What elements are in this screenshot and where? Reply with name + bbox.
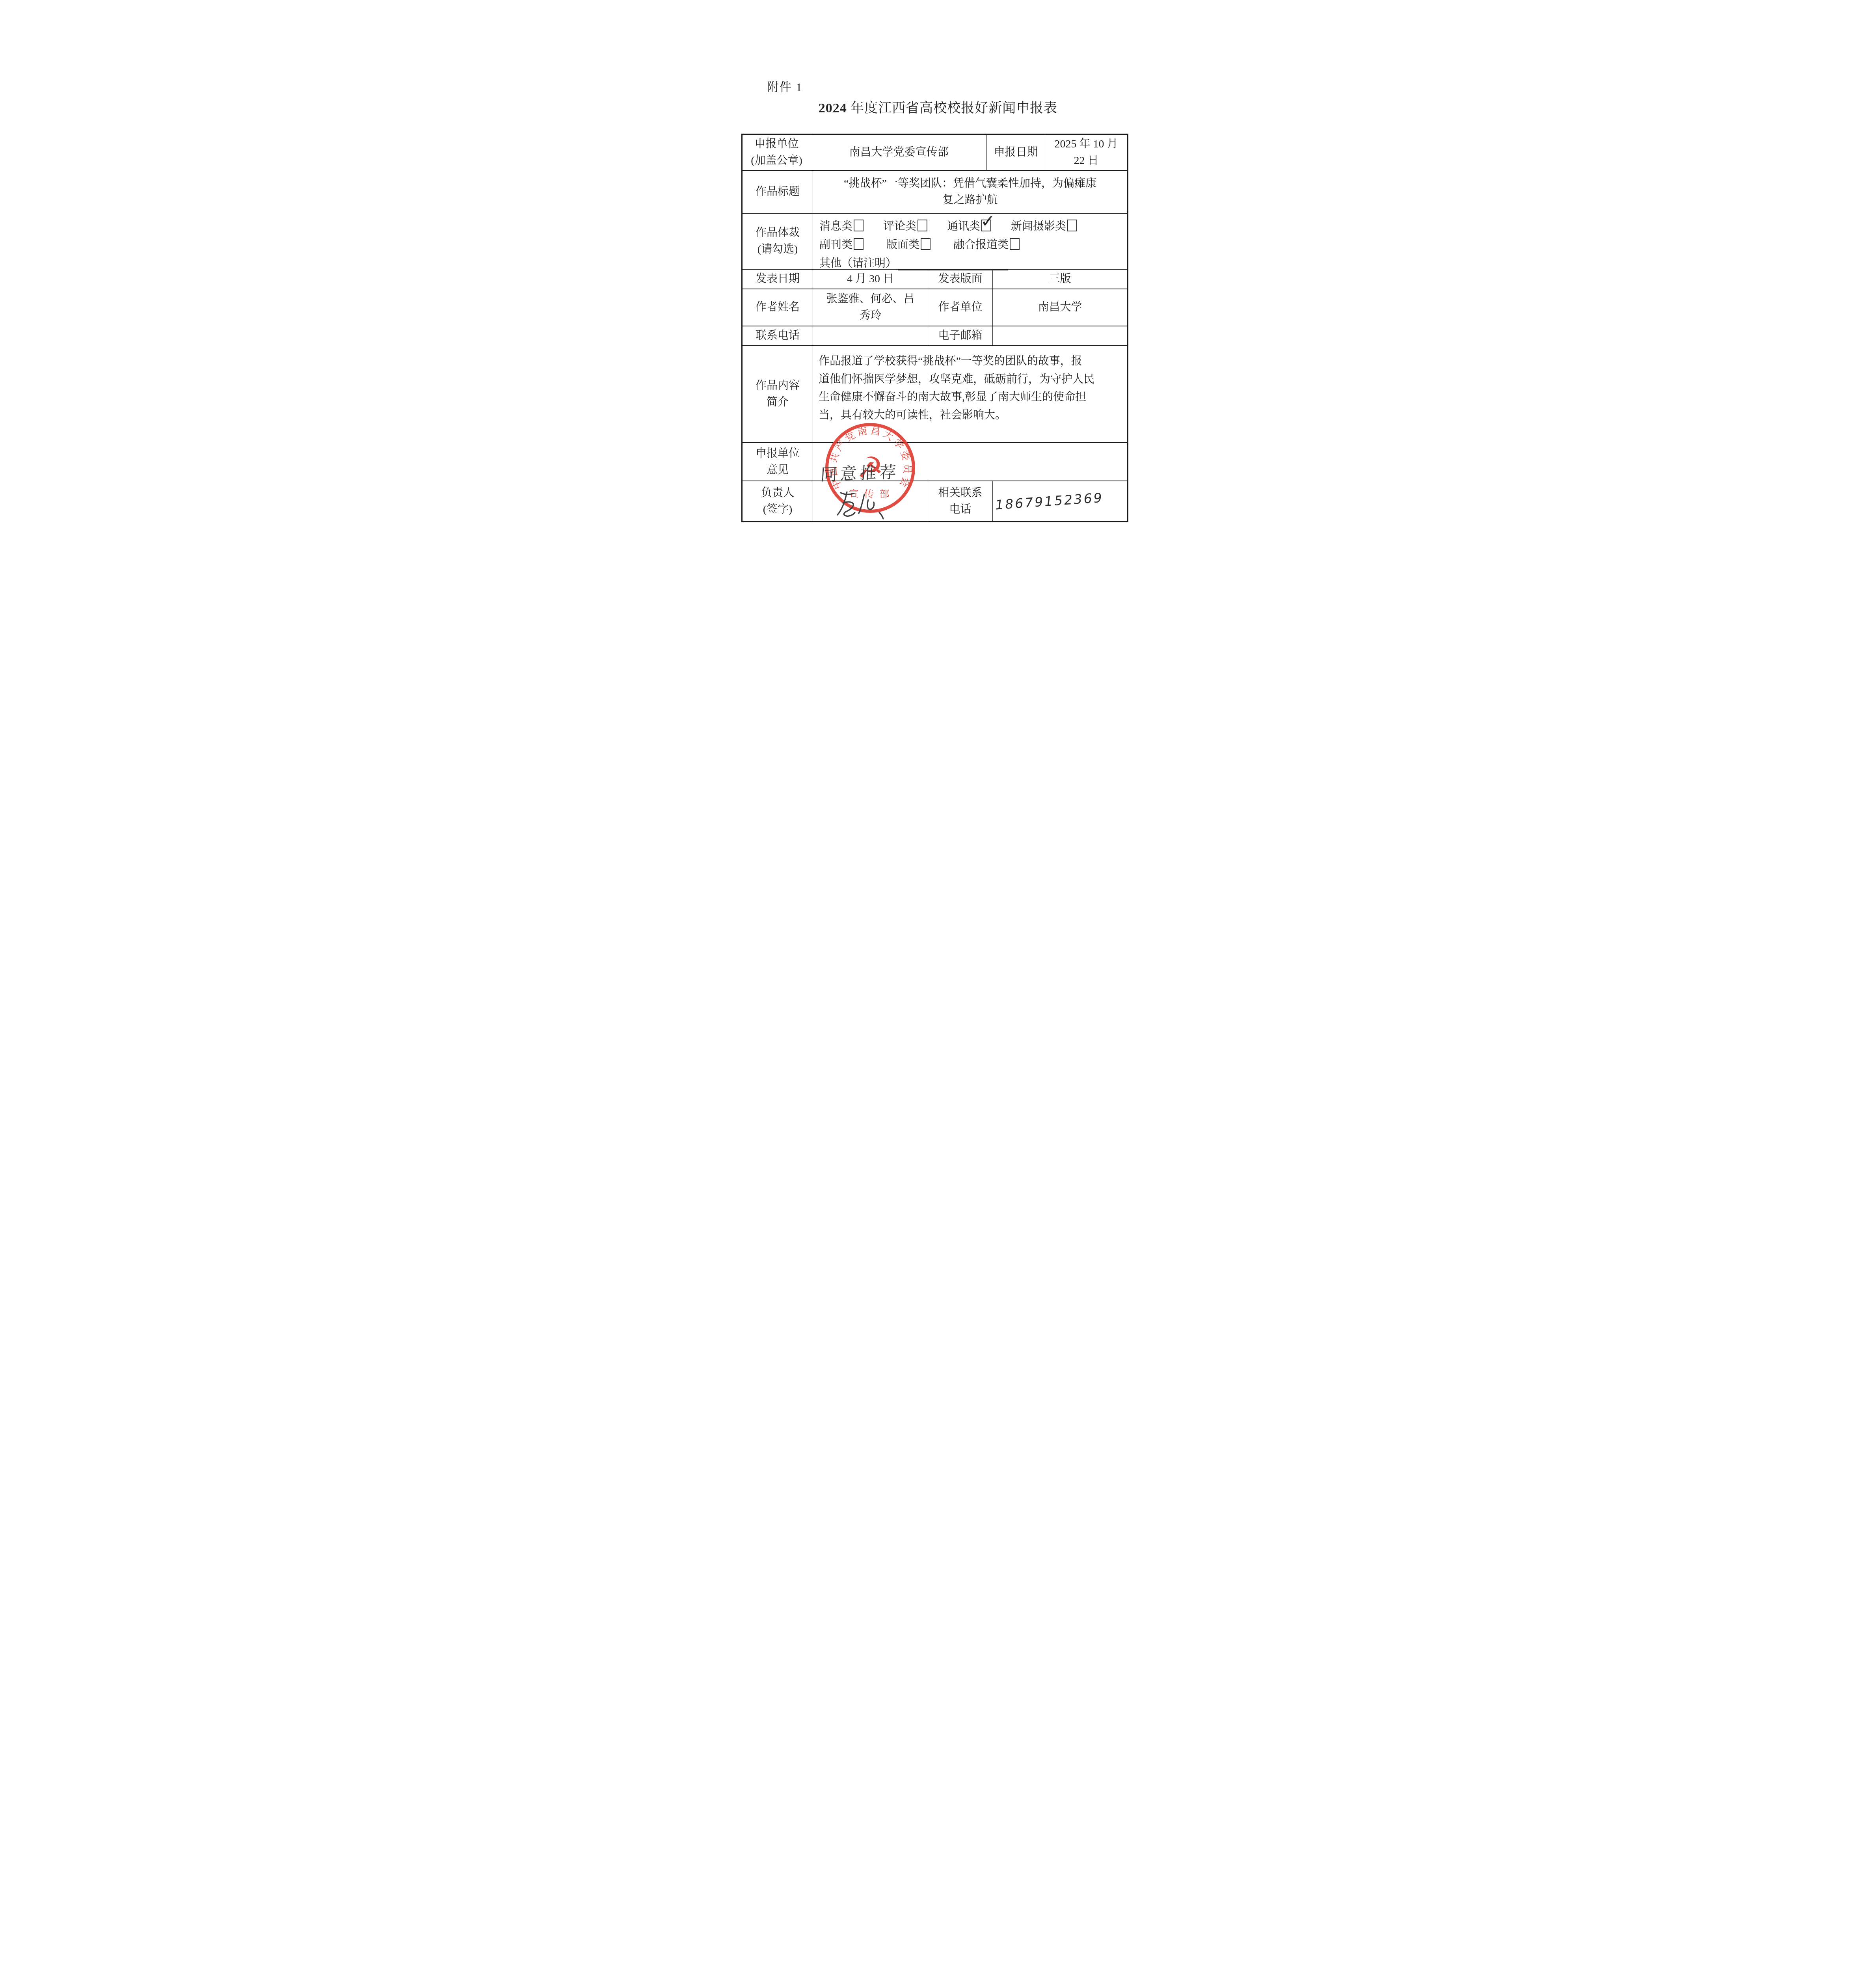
table-row-unit-opinion: 申报单位 意见 xyxy=(743,443,1127,481)
checkbox-converged-report xyxy=(1010,238,1020,250)
synopsis-line: 道他们怀揣医学梦想，攻坚克难，砥砺前行，为守护人民 xyxy=(819,371,1094,389)
signature-scribble xyxy=(834,490,889,523)
table-row-publish: 发表日期 4 月 30 日 发表版面 三版 xyxy=(743,270,1127,289)
declaring-unit-value: 南昌大学党委宣传部 xyxy=(811,135,987,171)
checkbox-supplement xyxy=(854,238,864,250)
responsible-person-label: 负责人 (签字) xyxy=(743,481,813,521)
table-row-contact: 联系电话 电子邮箱 xyxy=(743,326,1127,346)
email-label: 电子邮箱 xyxy=(928,326,993,346)
synopsis-text: 作品报道了学校获得“挑战杯”一等奖的团队的故事，报 道他们怀揣医学梦想，攻坚克难… xyxy=(813,346,1127,443)
contact-phone-value xyxy=(813,326,928,346)
author-names-label: 作者姓名 xyxy=(743,289,813,326)
table-row-synopsis: 作品内容 简介 作品报道了学校获得“挑战杯”一等奖的团队的故事，报 道他们怀揣医… xyxy=(743,346,1127,443)
page-title: 2024 年度江西省高校校报好新闻申报表 xyxy=(703,97,1172,116)
author-names-value: 张鉴雅、何必、吕 秀玲 xyxy=(813,289,928,326)
checkbox-layout xyxy=(921,238,931,250)
genre-option: 融合报道类 xyxy=(953,237,1020,253)
title-year: 2024 xyxy=(819,101,847,116)
genre-option: 副刊类 xyxy=(819,237,864,253)
work-title-value: “挑战杯”一等奖团队：凭借气囊柔性加持，为偏瘫康 复之路护航 xyxy=(813,171,1127,214)
genre-option: 通讯类 xyxy=(947,218,991,235)
attachment-label: 附件 1 xyxy=(767,77,803,95)
checkbox-photography xyxy=(1067,220,1077,231)
genre-options: 消息类 评论类 通讯类 新闻摄影类 副刊类 版面类 融合报道类 其他（请注明） xyxy=(813,214,1127,270)
email-value xyxy=(993,326,1127,346)
genre-option: 版面类 xyxy=(886,237,931,253)
checkbox-communication-checked xyxy=(981,220,991,231)
contact-phone-label: 联系电话 xyxy=(743,326,813,346)
declare-date-value: 2025 年 10 月 22 日 xyxy=(1045,135,1127,171)
table-row-authors: 作者姓名 张鉴雅、何必、吕 秀玲 作者单位 南昌大学 xyxy=(743,289,1127,326)
synopsis-line: 作品报道了学校获得“挑战杯”一等奖的团队的故事，报 xyxy=(819,352,1082,371)
table-row-genre: 作品体裁 (请勾选) 消息类 评论类 通讯类 新闻摄影类 副刊类 版面类 融合报… xyxy=(743,214,1127,270)
genre-option: 新闻摄影类 xyxy=(1011,218,1077,235)
synopsis-line: 生命健康不懈奋斗的南大故事,彰显了南大师生的使命担 xyxy=(819,388,1086,406)
publish-date-value: 4 月 30 日 xyxy=(813,270,928,289)
checkbox-news xyxy=(854,220,864,231)
document-page: 附件 1 2024 年度江西省高校校报好新闻申报表 申报单位 (加盖公章) 南昌… xyxy=(703,0,1172,663)
related-phone-label: 相关联系 电话 xyxy=(928,481,993,521)
genre-line-2: 副刊类 版面类 融合报道类 xyxy=(819,237,1042,253)
synopsis-line: 当，具有较大的可读性，社会影响大。 xyxy=(819,406,1006,425)
genre-option: 消息类 xyxy=(819,218,864,235)
work-title-label: 作品标题 xyxy=(743,171,813,214)
unit-opinion-label: 申报单位 意见 xyxy=(743,443,813,481)
table-row-declaring-unit: 申报单位 (加盖公章) 南昌大学党委宣传部 申报日期 2025 年 10 月 2… xyxy=(743,135,1127,171)
publish-page-value: 三版 xyxy=(993,270,1127,289)
genre-label: 作品体裁 (请勾选) xyxy=(743,214,813,270)
genre-other-blank-line xyxy=(898,257,1008,270)
synopsis-label: 作品内容 简介 xyxy=(743,346,813,443)
table-row-work-title: 作品标题 “挑战杯”一等奖团队：凭借气囊柔性加持，为偏瘫康 复之路护航 xyxy=(743,171,1127,214)
author-unit-value: 南昌大学 xyxy=(993,289,1127,326)
publish-page-label: 发表版面 xyxy=(928,270,993,289)
handwritten-approval: 同意推荐 xyxy=(820,459,900,485)
declaring-unit-label: 申报单位 (加盖公章) xyxy=(743,135,811,171)
genre-line-1: 消息类 评论类 通讯类 新闻摄影类 xyxy=(819,218,1097,235)
author-unit-label: 作者单位 xyxy=(928,289,993,326)
checkbox-commentary xyxy=(918,220,927,231)
application-form-table: 申报单位 (加盖公章) 南昌大学党委宣传部 申报日期 2025 年 10 月 2… xyxy=(741,134,1128,522)
publish-date-label: 发表日期 xyxy=(743,270,813,289)
title-text: 年度江西省高校校报好新闻申报表 xyxy=(851,101,1057,116)
genre-option: 评论类 xyxy=(883,218,927,235)
declare-date-label: 申报日期 xyxy=(987,135,1045,171)
